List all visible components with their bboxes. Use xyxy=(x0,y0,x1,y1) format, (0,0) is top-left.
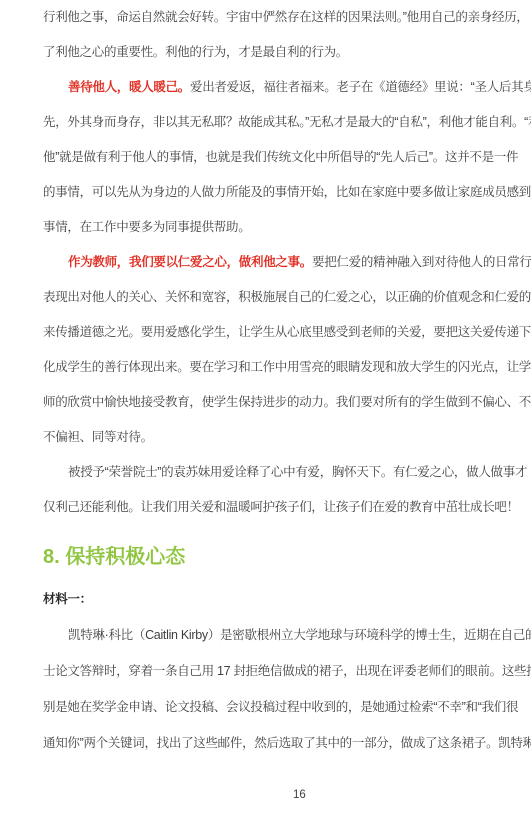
label-text: 材料一： xyxy=(43,592,92,606)
section-heading: 8. 保持积极心态 xyxy=(43,542,531,573)
document-content: 行利他之事，命运自然就会好转。宇宙中俨然存在这样的因果法则。”他用自己的亲身经历… xyxy=(43,0,531,761)
text-line: 被授予“荣誉院士”的袁苏妹用爱诠释了心中有爱，胸怀天下。有仁爱之心，做人做事才 xyxy=(43,455,531,490)
text-line: 不偏袒、同等对待。 xyxy=(43,420,531,455)
text-line: 凯特琳·科比（Caitlin Kirby）是密歇根州立大学地球与环境科学的博士生… xyxy=(43,617,531,653)
body-text: 先，外其身而身存，非以其无私耶？故能成其私。”无私才是最大的“自私”，利他才能自… xyxy=(43,115,531,129)
body-text: 爱出者爱返，福往者福来。老子在《道德经》里说：“圣人后其身而 xyxy=(190,80,531,94)
body-text: 士论文答辩时，穿着一条自己用 17 封拒绝信做成的裙子，出现在评委老师们的眼前。… xyxy=(43,664,531,678)
text-line: 善待他人，暖人暖己。爱出者爱返，福往者福来。老子在《道德经》里说：“圣人后其身而 xyxy=(43,70,531,105)
body-text: 不偏袒、同等对待。 xyxy=(43,430,153,444)
body-text: 被授予“荣誉院士”的袁苏妹用爱诠释了心中有爱，胸怀天下。有仁爱之心，做人做事才 xyxy=(68,465,527,479)
text-line: 事情，在工作中要多为同事提供帮助。 xyxy=(43,210,531,245)
body-text: 通知你”两个关键词，找出了这些邮件，然后选取了其中的一部分，做成了这条裙子。凯特… xyxy=(43,736,531,750)
body-text: 了利他之心的重要性。利他的行为，才是最自利的行为。 xyxy=(43,45,348,59)
heading-text: 8. 保持积极心态 xyxy=(43,546,185,568)
body-text: 来传播道德之光。要用爱感化学生，让学生从心底里感受到老师的关爱，要把这关爱传递下… xyxy=(43,325,531,339)
text-line: 别是她在奖学金申请、论文投稿、会议投稿过程中收到的，是她通过检索“不幸”和“我们… xyxy=(43,689,531,725)
text-line: 士论文答辩时，穿着一条自己用 17 封拒绝信做成的裙子，出现在评委老师们的眼前。… xyxy=(43,653,531,689)
text-line: 作为教师，我们要以仁爱之心，做利他之事。要把仁爱的精神融入到对待他人的日常行为之 xyxy=(43,245,531,280)
text-line: 来传播道德之光。要用爱感化学生，让学生从心底里感受到老师的关爱，要把这关爱传递下… xyxy=(43,315,531,350)
material-label: 材料一： xyxy=(43,581,531,617)
text-line: 他”就是做有利于他人的事情，也就是我们传统文化中所倡导的“先人后己”。这并不是一… xyxy=(43,140,531,175)
body-text: 他”就是做有利于他人的事情，也就是我们传统文化中所倡导的“先人后己”。这并不是一… xyxy=(43,150,518,164)
emphasis-text: 作为教师，我们要以仁爱之心，做利他之事。 xyxy=(68,255,312,269)
body-text: 行利他之事，命运自然就会好转。宇宙中俨然存在这样的因果法则。”他用自己的亲身经历… xyxy=(43,10,529,24)
text-line: 仅利己还能利他。让我们用关爱和温暖呵护孩子们，让孩子们在爱的教育中茁壮成长吧！ xyxy=(43,490,531,525)
body-text: 表现出对他人的关心、关怀和宽容，积极施展自己的仁爱之心，以正确的价值观念和仁爱的… xyxy=(43,290,531,304)
text-line: 先，外其身而身存，非以其无私耶？故能成其私。”无私才是最大的“自私”，利他才能自… xyxy=(43,105,531,140)
emphasis-text: 善待他人，暖人暖己。 xyxy=(68,80,190,94)
body-text: 化成学生的善行体现出来。要在学习和工作中用雪亮的眼睛发现和放大学生的闪光点，让学… xyxy=(43,360,531,374)
body-text: 事情，在工作中要多为同事提供帮助。 xyxy=(43,220,250,234)
body-text: 凯特琳·科比（Caitlin Kirby）是密歇根州立大学地球与环境科学的博士生… xyxy=(68,628,531,642)
text-line: 行利他之事，命运自然就会好转。宇宙中俨然存在这样的因果法则。”他用自己的亲身经历… xyxy=(43,0,531,35)
body-text: 的事情，可以先从为身边的人做力所能及的事情开始，比如在家庭中要多做让家庭成员感到… xyxy=(43,185,531,199)
page-number: 16 xyxy=(293,789,306,801)
text-line: 化成学生的善行体现出来。要在学习和工作中用雪亮的眼睛发现和放大学生的闪光点，让学… xyxy=(43,350,531,385)
text-line: 了利他之心的重要性。利他的行为，才是最自利的行为。 xyxy=(43,35,531,70)
body-text: 要把仁爱的精神融入到对待他人的日常行为之 xyxy=(312,255,531,269)
text-line: 表现出对他人的关心、关怀和宽容，积极施展自己的仁爱之心，以正确的价值观念和仁爱的… xyxy=(43,280,531,315)
body-text: 别是她在奖学金申请、论文投稿、会议投稿过程中收到的，是她通过检索“不幸”和“我们… xyxy=(43,700,518,714)
text-line: 师的欣赏中愉快地接受教育，使学生保持进步的动力。我们要对所有的学生做到不偏心、不… xyxy=(43,385,531,420)
text-line: 通知你”两个关键词，找出了这些邮件，然后选取了其中的一部分，做成了这条裙子。凯特… xyxy=(43,725,531,761)
body-text: 师的欣赏中愉快地接受教育，使学生保持进步的动力。我们要对所有的学生做到不偏心、不… xyxy=(43,395,531,409)
body-text: 仅利己还能利他。让我们用关爱和温暖呵护孩子们，让孩子们在爱的教育中茁壮成长吧！ xyxy=(43,500,519,514)
text-line: 的事情，可以先从为身边的人做力所能及的事情开始，比如在家庭中要多做让家庭成员感到… xyxy=(43,175,531,210)
document-page: 行利他之事，命运自然就会好转。宇宙中俨然存在这样的因果法则。”他用自己的亲身经历… xyxy=(0,0,531,814)
